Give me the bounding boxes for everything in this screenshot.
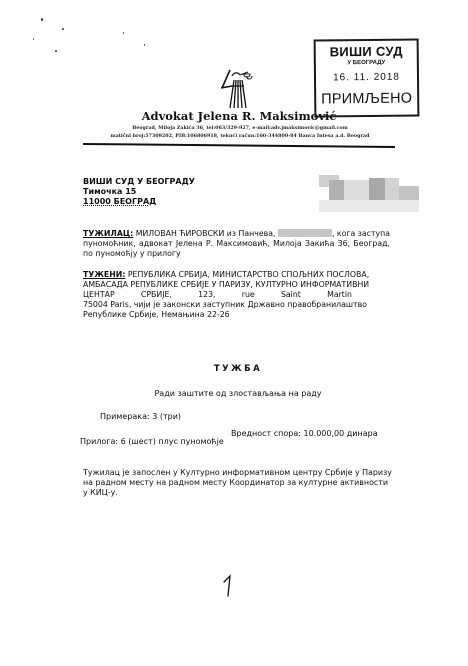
defendant-line-2: АМБАСАДА РЕПУБЛИКЕ СРБИЈЕ У ПАРИЗУ, КУЛТ… xyxy=(83,280,390,290)
copies-count: Примерака: 3 (три) xyxy=(100,412,181,421)
document-subtitle: Ради заштите од злостављања на раду xyxy=(0,389,468,398)
lawyer-registration-line: matični broj:57309202, PIB:106806918, te… xyxy=(0,133,468,139)
defendant-line-4: 75004 Paris, чији је законски заступник … xyxy=(83,300,390,310)
dispute-value: Вредност спора: 10.000,00 динара xyxy=(231,429,378,438)
scan-speck xyxy=(62,28,64,30)
body-paragraph: Тужилац је запослен у Културно информати… xyxy=(83,468,393,498)
stamp-date: 16. 11. 2018 xyxy=(316,71,417,83)
defendant-line-1: РЕПУБЛИКА СРБИЈА, МИНИСТАРСТВО СПОЉНИХ П… xyxy=(128,270,369,279)
scan-speck xyxy=(55,50,57,52)
handwritten-page-number xyxy=(222,574,234,598)
attachments-count: Прилога: 6 (шест) плус пуномоћје xyxy=(80,437,224,446)
addressee-court: ВИШИ СУД У БЕОГРАДУ xyxy=(83,177,195,187)
scan-speck xyxy=(123,32,124,34)
letterhead-divider xyxy=(83,143,395,148)
lady-justice-logo-icon xyxy=(218,66,258,110)
defendant-line-3: ЦЕНТАР СРБИЈЕ, 123, rue Saint Martin xyxy=(83,290,390,300)
scan-speck xyxy=(41,18,43,21)
defendant-line-5: Републике Србије, Немањина 22-26 xyxy=(83,310,390,320)
defendant-label: ТУЖЕНИ: xyxy=(83,270,125,279)
lawyer-contact-line: Beograd, Miloja Zakića 36, tel:063/329-9… xyxy=(0,125,468,131)
addressee-block: ВИШИ СУД У БЕОГРАДУ Тимочка 15 11000 БЕО… xyxy=(83,177,195,207)
lawyer-name: Advokat Jelena R. Maksimović xyxy=(0,109,468,123)
scan-speck xyxy=(144,44,145,46)
scanned-document-page: ВИШИ СУД У БЕОГРАДУ 16. 11. 2018 ПРИМЉЕН… xyxy=(0,0,468,666)
stamp-status: ПРИМЉЕНО xyxy=(316,90,417,107)
plaintiff-paragraph: ТУЖИЛАЦ: МИЛОВАН ЋИРОВСКИ из Панчева, , … xyxy=(83,229,390,259)
addressee-city: 11000 БЕОГРАД xyxy=(83,197,195,207)
addressee-street: Тимочка 15 xyxy=(83,187,195,197)
plaintiff-text-1: МИЛОВАН ЋИРОВСКИ из Панчева, xyxy=(136,229,276,238)
redacted-address xyxy=(278,229,332,237)
stamp-city: У БЕОГРАДУ xyxy=(316,59,417,66)
scan-speck xyxy=(33,38,34,40)
plaintiff-label: ТУЖИЛАЦ: xyxy=(83,229,133,238)
defendant-paragraph: ТУЖЕНИ: РЕПУБЛИКА СРБИЈА, МИНИСТАРСТВО С… xyxy=(83,270,390,320)
document-title: ТУЖБА xyxy=(0,364,468,374)
redacted-case-number xyxy=(319,168,420,218)
court-received-stamp: ВИШИ СУД У БЕОГРАДУ 16. 11. 2018 ПРИМЉЕН… xyxy=(314,38,420,117)
stamp-court: ВИШИ СУД xyxy=(316,43,417,59)
